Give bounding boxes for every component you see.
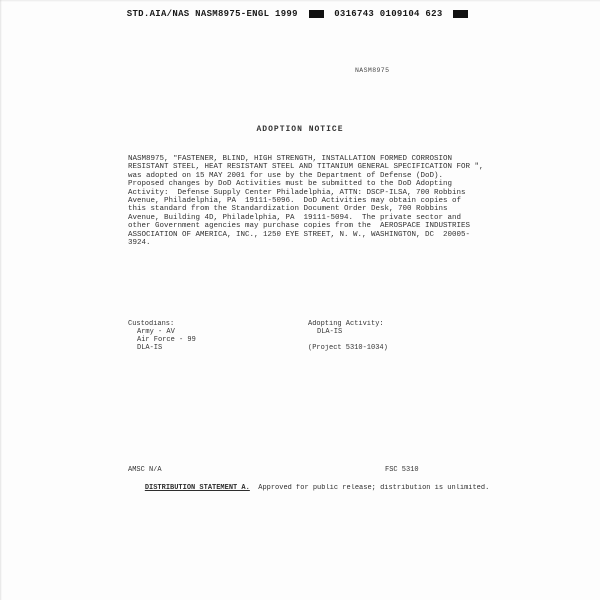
distribution-statement-text: Approved for public release; distributio…: [250, 484, 489, 492]
barcode-block-icon: [309, 10, 324, 18]
adopting-activity-value: DLA-IS: [317, 328, 342, 336]
distribution-statement-label: DISTRIBUTION STATEMENT A.: [145, 484, 250, 492]
scan-edge-artifact-left: [0, 0, 2, 600]
scanned-adoption-notice-page: STD.AIA/NAS NASM8975-ENGL 1999 0316743 0…: [0, 0, 600, 600]
distribution-statement: DISTRIBUTION STATEMENT A. Approved for p…: [128, 476, 489, 500]
project-number: (Project 5310-1034): [308, 344, 388, 352]
barcode-block-icon: [453, 10, 468, 18]
fsc-code: FSC 5310: [385, 466, 419, 474]
custodians-label: Custodians:: [128, 320, 174, 328]
standard-code-text: STD.AIA/NAS NASM8975-ENGL 1999: [127, 9, 298, 19]
adopting-activity-label: Adopting Activity:: [308, 320, 384, 328]
document-number: NASM8975: [355, 67, 389, 74]
document-code-numbers: 0316743 0109104 623: [334, 9, 442, 19]
custodians-list: Army - AV Air Force - 99 DLA-IS: [137, 328, 196, 353]
adoption-notice-body: NASM8975, "FASTENER, BLIND, HIGH STRENGT…: [128, 155, 480, 247]
amsc-code: AMSC N/A: [128, 466, 162, 474]
page-title: ADOPTION NOTICE: [0, 125, 600, 134]
scan-edge-artifact-top: [0, 0, 600, 2]
scan-header-line: STD.AIA/NAS NASM8975-ENGL 1999 0316743 0…: [0, 9, 600, 19]
